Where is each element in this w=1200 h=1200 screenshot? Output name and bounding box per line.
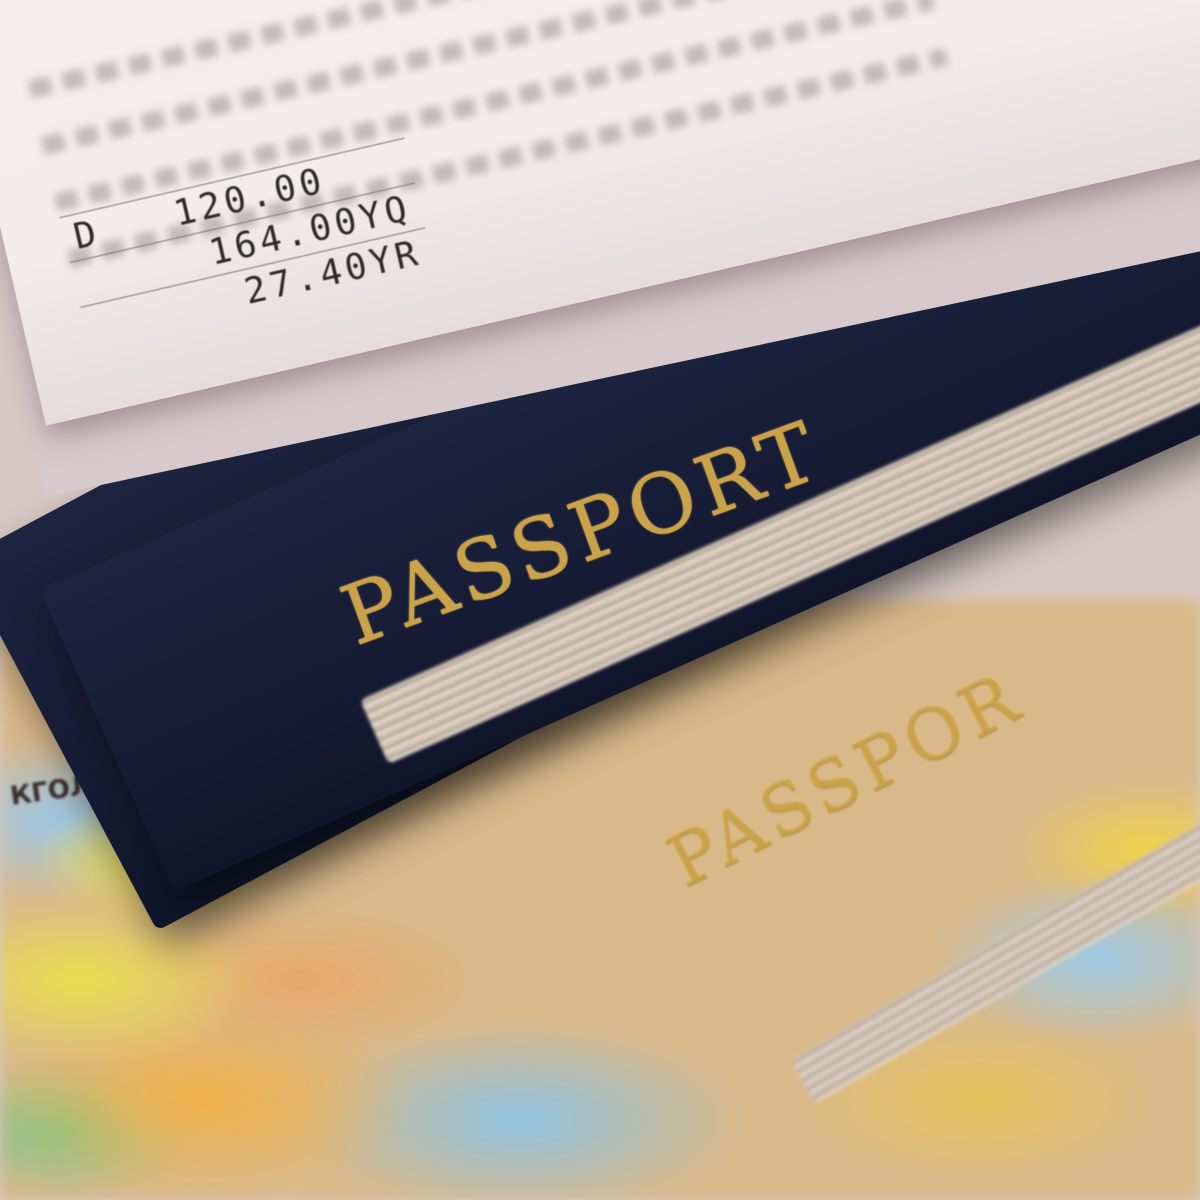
photo-scene: КГОЛЬ 14 ВИЛЬ PASSPOR PASSPORT D 120.00 … <box>0 0 1200 1200</box>
